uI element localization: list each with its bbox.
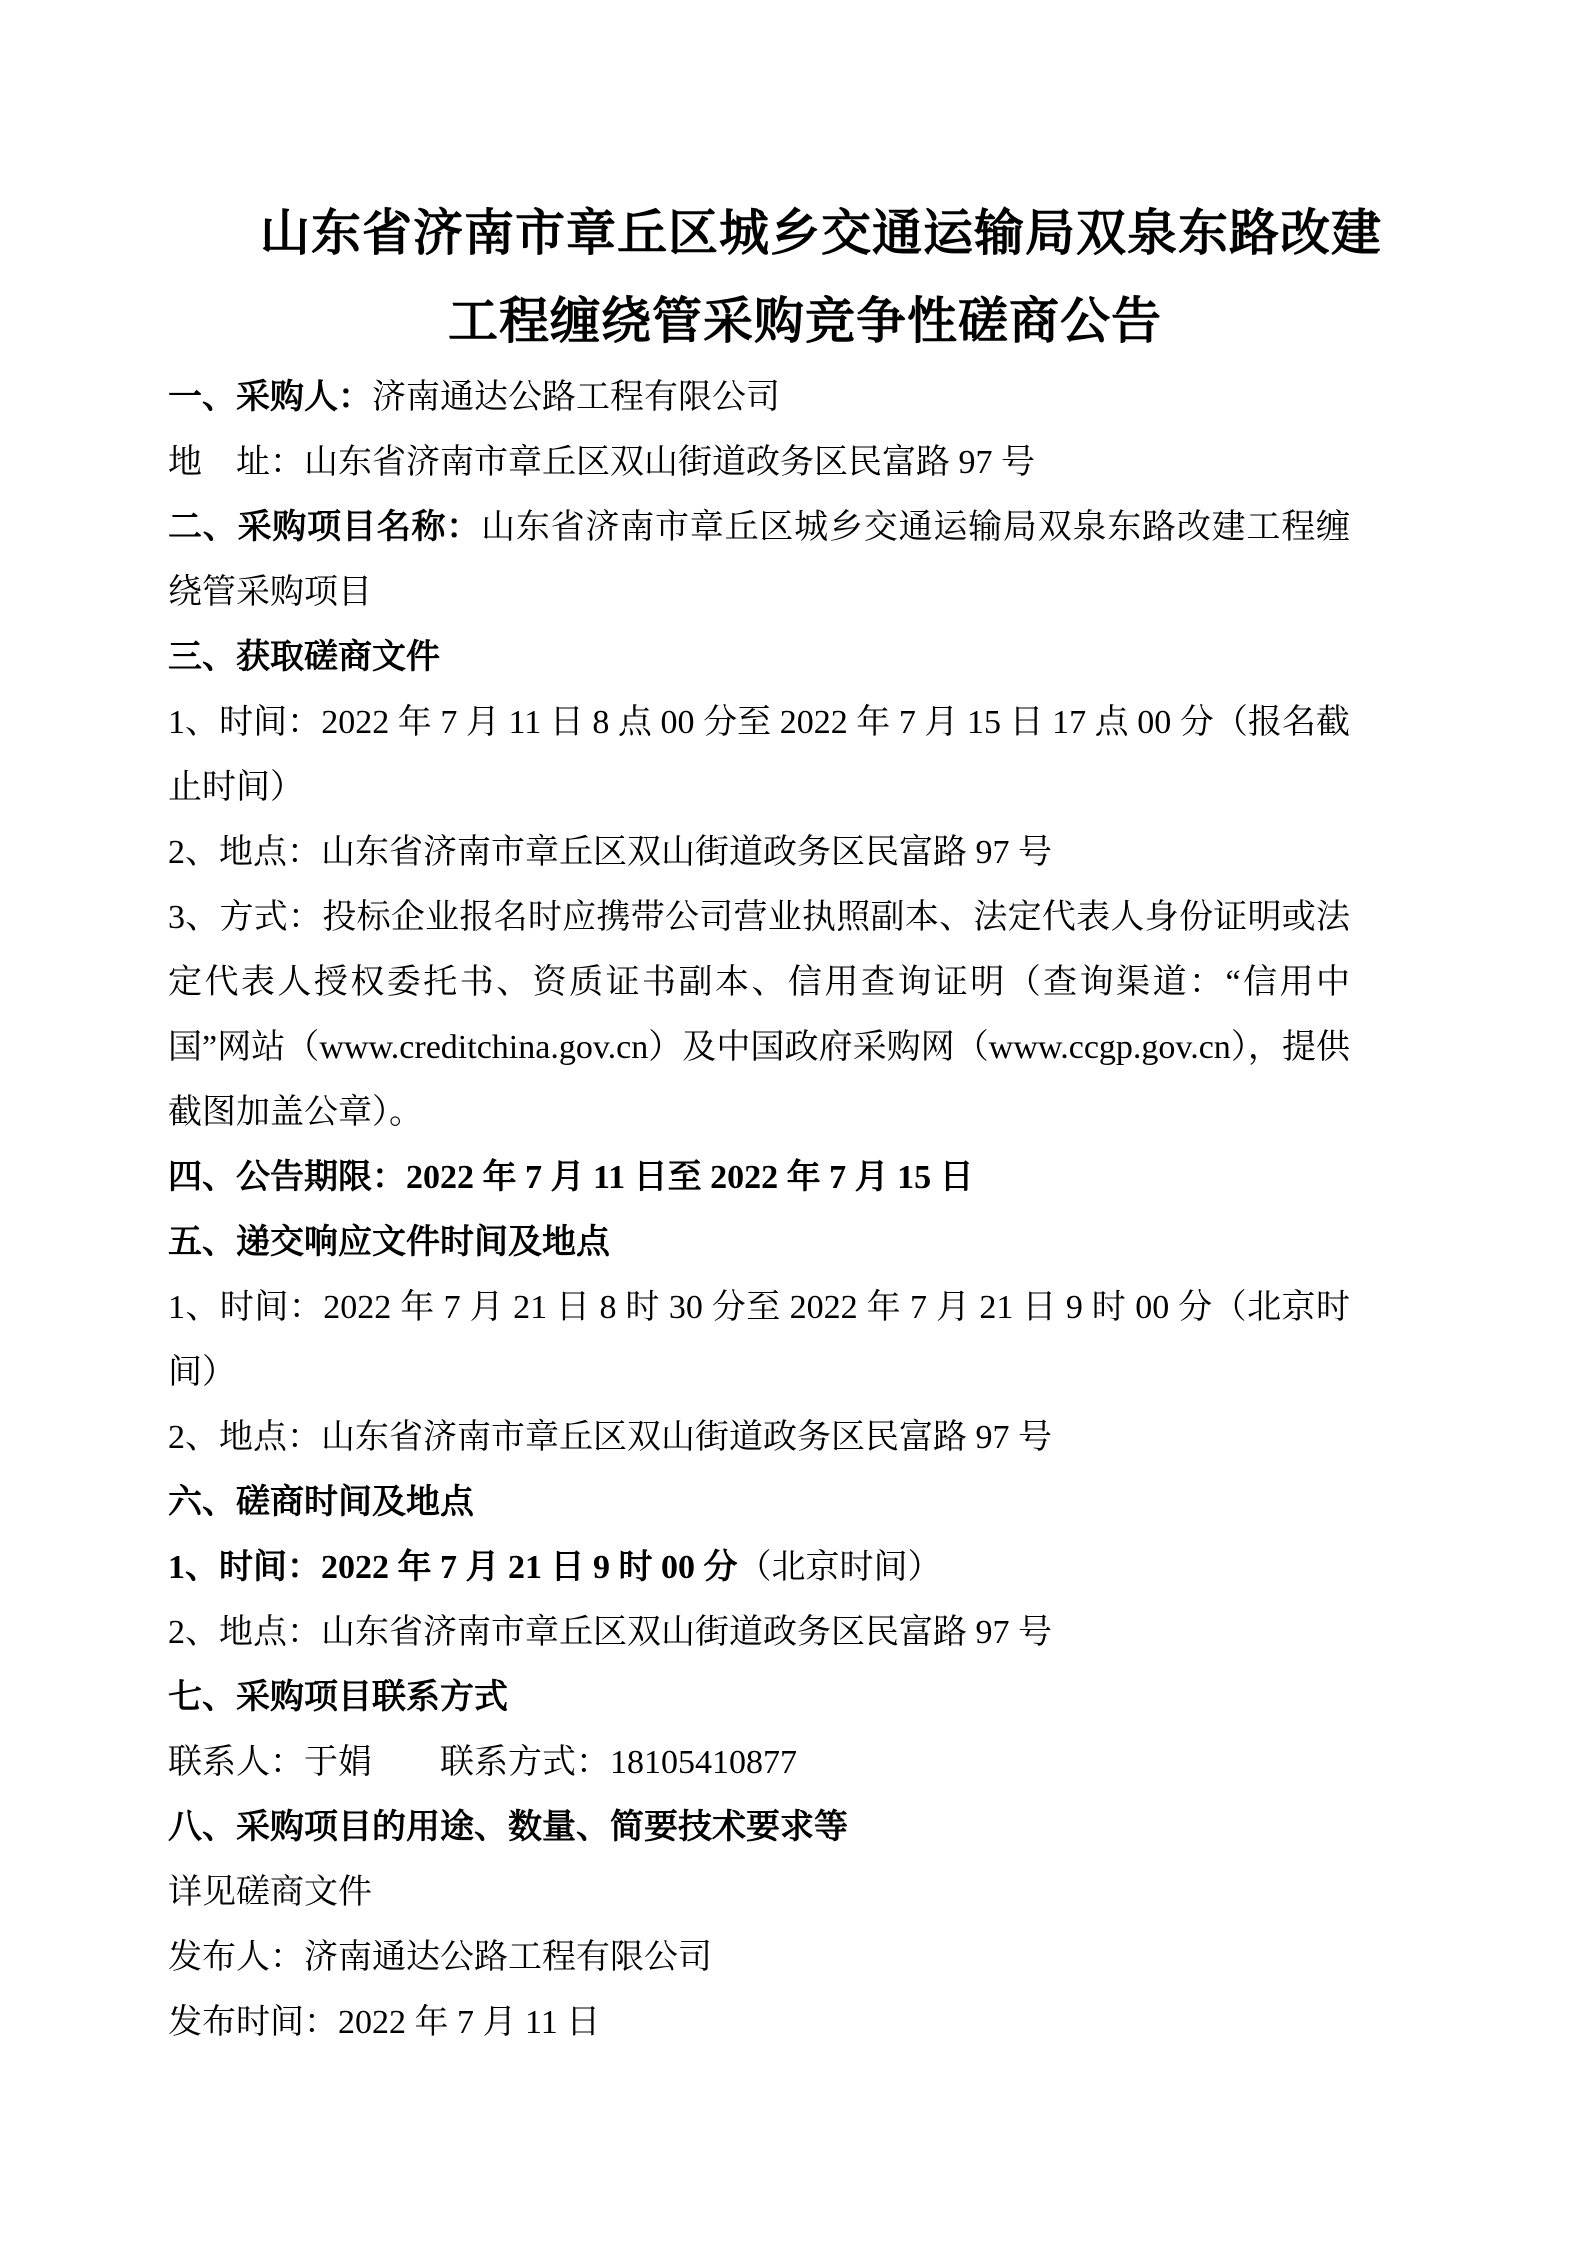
doc-time-text: 1、时间：2022 年 7 月 11 日 8 点 00 分至 2022 年 7 …: [168, 704, 1350, 806]
section-heading-6: 六、磋商时间及地点: [168, 1470, 1350, 1535]
publish-date-text: 发布时间：2022 年 7 月 11 日: [168, 2004, 600, 2041]
paragraph-detail: 详见磋商文件: [168, 1860, 1350, 1925]
detail-text: 详见磋商文件: [168, 1874, 372, 1911]
address-text: 地 址：山东省济南市章丘区双山街道政务区民富路 97 号: [168, 444, 1035, 481]
response-time-text: 1、时间：2022 年 7 月 21 日 8 时 30 分至 2022 年 7 …: [168, 1289, 1350, 1391]
purchaser-label: 一、采购人：: [168, 379, 372, 416]
doc-place-text: 2、地点：山东省济南市章丘区双山街道政务区民富路 97 号: [168, 834, 1052, 871]
paragraph-doc-method: 3、方式：投标企业报名时应携带公司营业执照副本、法定代表人身份证明或法定代表人授…: [168, 885, 1350, 1145]
contact-text: 联系人：于娟 联系方式：18105410877: [168, 1744, 797, 1781]
paragraph-negotiation-place: 2、地点：山东省济南市章丘区双山街道政务区民富路 97 号: [168, 1600, 1350, 1665]
negotiation-time-label: 1、时间：2022 年 7 月 21 日 9 时 00 分: [168, 1549, 738, 1586]
negotiation-place-text: 2、地点：山东省济南市章丘区双山街道政务区民富路 97 号: [168, 1614, 1052, 1651]
section-heading-4: 四、公告期限：2022 年 7 月 11 日至 2022 年 7 月 15 日: [168, 1145, 1350, 1210]
section-heading-8: 八、采购项目的用途、数量、简要技术要求等: [168, 1795, 1350, 1860]
doc-method-text: 3、方式：投标企业报名时应携带公司营业执照副本、法定代表人身份证明或法定代表人授…: [168, 899, 1350, 1131]
project-name-label: 二、采购项目名称：: [168, 509, 481, 546]
section-heading-5: 五、递交响应文件时间及地点: [168, 1210, 1350, 1275]
negotiation-time-value: （北京时间）: [738, 1549, 942, 1586]
section-heading-3: 三、获取磋商文件: [168, 625, 1350, 690]
paragraph-address: 地 址：山东省济南市章丘区双山街道政务区民富路 97 号: [168, 430, 1350, 495]
document-page: 山东省济南市章丘区城乡交通运输局双泉东路改建 工程缠绕管采购竞争性磋商公告 一、…: [0, 0, 1587, 2245]
paragraph-publisher: 发布人：济南通达公路工程有限公司: [168, 1925, 1350, 1990]
paragraph-contact: 联系人：于娟 联系方式：18105410877: [168, 1730, 1350, 1795]
section-heading-7: 七、采购项目联系方式: [168, 1665, 1350, 1730]
document-title: 山东省济南市章丘区城乡交通运输局双泉东路改建 工程缠绕管采购竞争性磋商公告: [168, 189, 1350, 365]
publisher-text: 发布人：济南通达公路工程有限公司: [168, 1939, 712, 1976]
paragraph-response-time: 1、时间：2022 年 7 月 21 日 8 时 30 分至 2022 年 7 …: [168, 1275, 1350, 1405]
paragraph-purchaser: 一、采购人：济南通达公路工程有限公司: [168, 365, 1350, 430]
paragraph-publish-date: 发布时间：2022 年 7 月 11 日: [168, 1990, 1350, 2055]
document-title-line2: 工程缠绕管采购竞争性磋商公告: [260, 277, 1350, 365]
purchaser-value: 济南通达公路工程有限公司: [372, 379, 780, 416]
response-place-text: 2、地点：山东省济南市章丘区双山街道政务区民富路 97 号: [168, 1419, 1052, 1456]
document-title-line1: 山东省济南市章丘区城乡交通运输局双泉东路改建: [260, 189, 1350, 277]
paragraph-negotiation-time: 1、时间：2022 年 7 月 21 日 9 时 00 分（北京时间）: [168, 1535, 1350, 1600]
paragraph-doc-time: 1、时间：2022 年 7 月 11 日 8 点 00 分至 2022 年 7 …: [168, 690, 1350, 820]
paragraph-project-name: 二、采购项目名称：山东省济南市章丘区城乡交通运输局双泉东路改建工程缠绕管采购项目: [168, 495, 1350, 625]
paragraph-doc-place: 2、地点：山东省济南市章丘区双山街道政务区民富路 97 号: [168, 820, 1350, 885]
paragraph-response-place: 2、地点：山东省济南市章丘区双山街道政务区民富路 97 号: [168, 1405, 1350, 1470]
